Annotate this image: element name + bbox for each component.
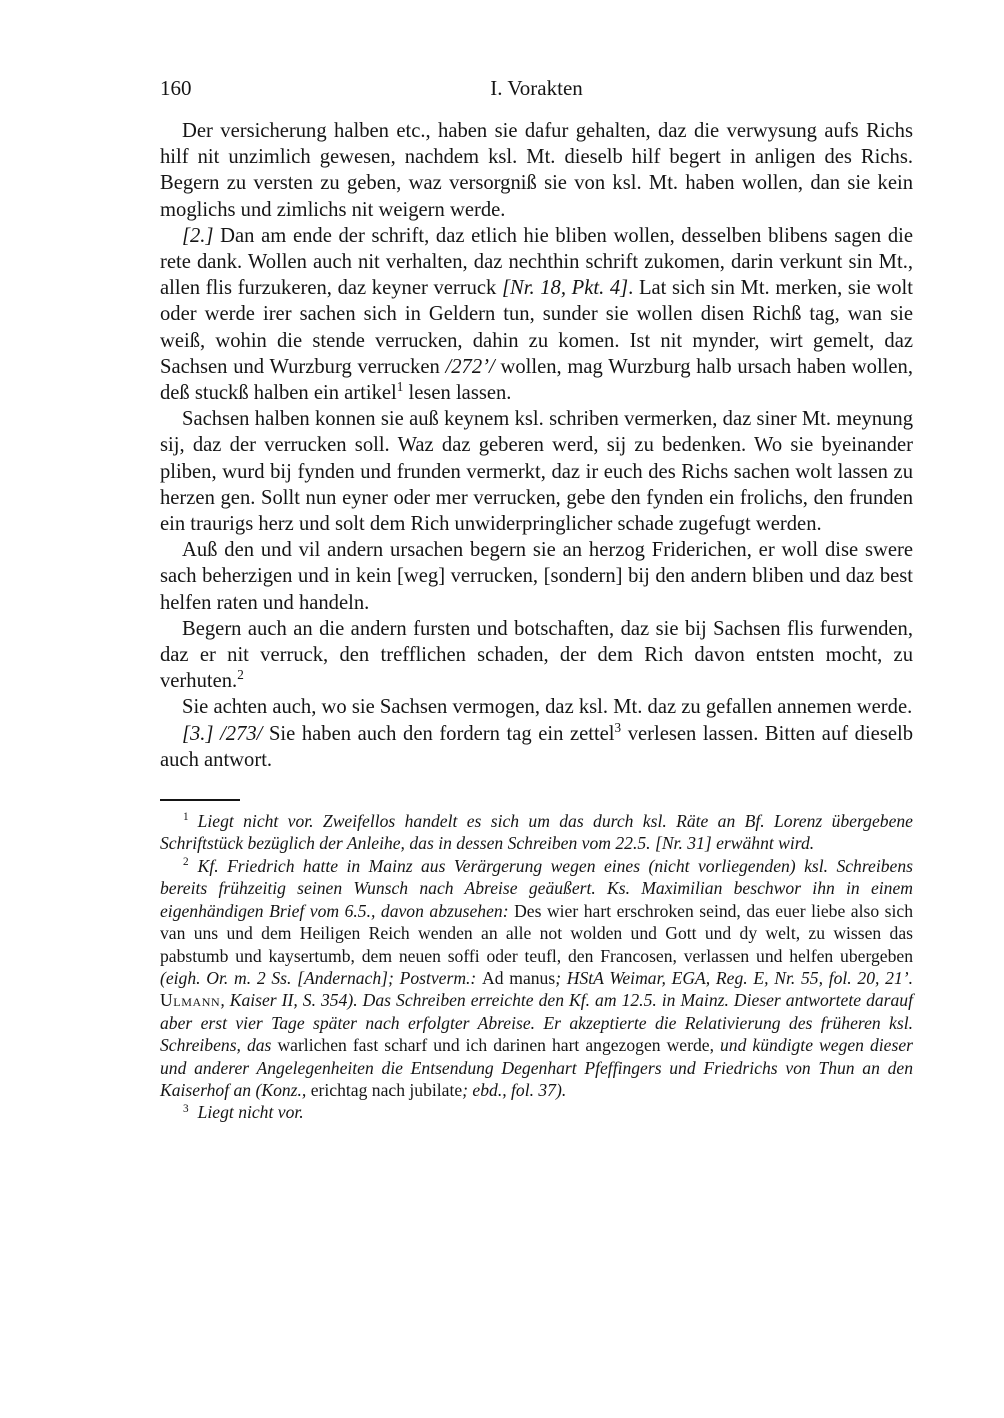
text-run-italic: [2.] [182, 225, 213, 247]
text-run: warlichen fast scharf und ich darinen ha… [277, 1035, 720, 1055]
footnote-marker: 2 [183, 856, 189, 868]
body-paragraph: Auß den und vil andern ursachen begern s… [160, 537, 913, 616]
footnote: 2Kf. Friedrich hatte in Mainz aus Verärg… [160, 855, 913, 1101]
footnotes: 1Liegt nicht vor. Zweifellos handelt es … [160, 810, 913, 1124]
footnote-separator [160, 799, 240, 801]
text-run-italic: [3.] [182, 723, 213, 745]
text-run-italic: /272’/ [446, 356, 495, 378]
text-run-italic: (eigh. Or. m. 2 Ss. [Andernach]; Postver… [160, 968, 482, 988]
text-run: Begern auch an die andern fursten und bo… [160, 618, 913, 692]
text-run: Auß den und vil andern ursachen begern s… [160, 539, 913, 613]
footnote: 3Liegt nicht vor. [160, 1101, 913, 1123]
footnote-marker: 1 [183, 811, 189, 823]
footnote-marker: 3 [183, 1103, 189, 1115]
text-column: 160 I. Vorakten Der versicherung halben … [160, 76, 913, 1124]
text-run-smallcaps: Ulmann [160, 990, 220, 1010]
text-run-italic: Liegt nicht vor. Zweifellos handelt es s… [160, 811, 913, 853]
body-text: Der versicherung halben etc., haben sie … [160, 118, 913, 773]
body-paragraph: Sie achten auch, wo sie Sachsen vermogen… [160, 694, 913, 720]
text-run-italic: [Nr. 18, Pkt. 4] [502, 277, 628, 299]
text-run-italic: ; ebd., fol. 37). [462, 1080, 566, 1100]
footnote-ref: 2 [237, 667, 244, 682]
text-run: erichtag nach jubilate [311, 1080, 462, 1100]
text-run: lesen lassen. [403, 382, 511, 404]
text-run: Sachsen halben konnen sie auß keynem ksl… [160, 408, 913, 535]
text-run: Sie achten auch, wo sie Sachsen vermogen… [182, 696, 912, 718]
running-header: 160 I. Vorakten [160, 76, 913, 103]
body-paragraph: Der versicherung halben etc., haben sie … [160, 118, 913, 223]
text-run: Der versicherung halben etc., haben sie … [160, 120, 913, 221]
text-run-italic: Liegt nicht vor. [198, 1102, 304, 1122]
text-run-italic: ; HStA Weimar, EGA, Reg. E, Nr. 55, fol.… [555, 968, 913, 988]
body-paragraph: [3.] /273/ Sie haben auch den fordern ta… [160, 721, 913, 773]
running-title: I. Vorakten [160, 76, 913, 101]
body-paragraph: Begern auch an die andern fursten und bo… [160, 616, 913, 695]
text-run-italic: /273/ [220, 723, 262, 745]
body-paragraph: [2.] Dan am ende der schrift, daz etlich… [160, 223, 913, 406]
body-paragraph: Sachsen halben konnen sie auß keynem ksl… [160, 406, 913, 537]
text-run: Sie haben auch den fordern tag ein zette… [262, 723, 614, 745]
book-page: 160 I. Vorakten Der versicherung halben … [0, 0, 1004, 1418]
footnote: 1Liegt nicht vor. Zweifellos handelt es … [160, 810, 913, 855]
text-run: Ad manus [482, 968, 555, 988]
